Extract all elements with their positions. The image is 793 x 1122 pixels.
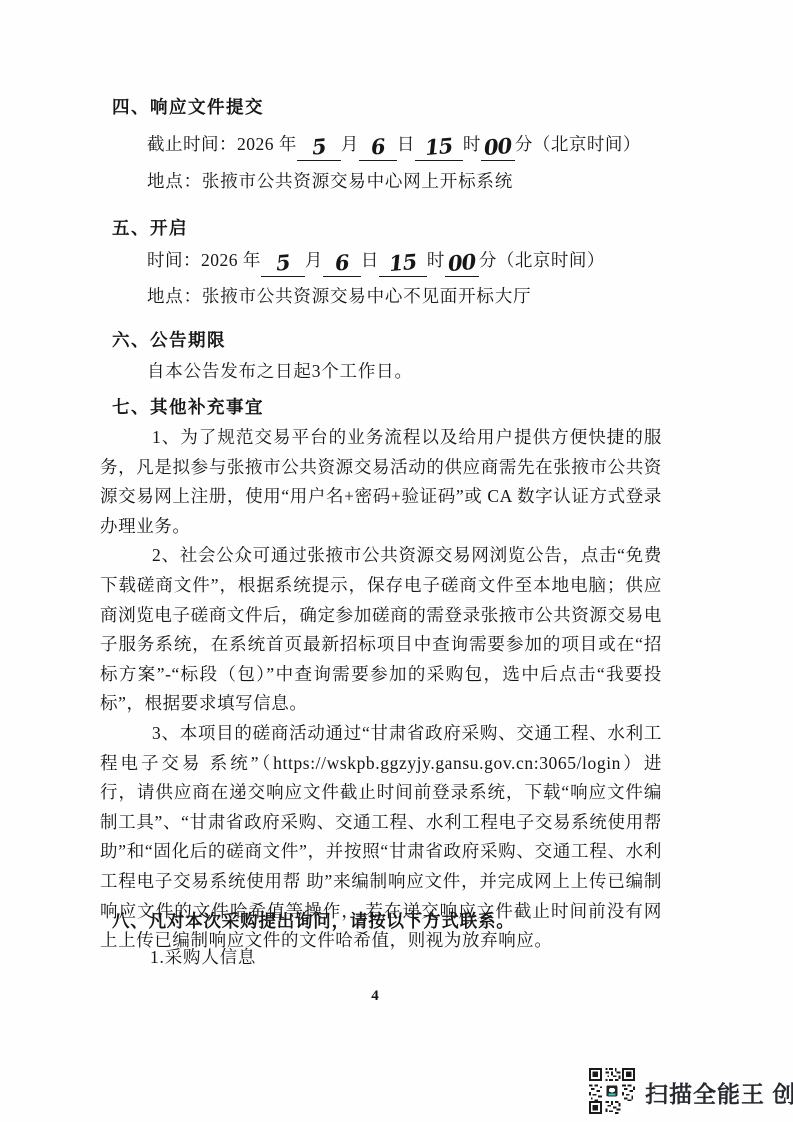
time-label: 时间： xyxy=(147,250,201,270)
section-heading-other-matters: 七、其他补充事宜 xyxy=(112,394,264,419)
submission-location-line: 地点：张掖市公共资源交易中心网上开标系统 xyxy=(147,168,513,193)
scanned-document-page: 四、响应文件提交 截止时间：2026 年5月6日15时00分（北京时间） 地点：… xyxy=(0,0,793,1122)
section-heading-opening: 五、开启 xyxy=(112,215,188,240)
day-label: 日 xyxy=(361,250,379,270)
month-label: 月 xyxy=(305,250,323,270)
deadline-hour-blank: 15 xyxy=(415,136,463,161)
hour-label: 时 xyxy=(427,250,445,270)
section-heading-contact: 八、凡对本次采购提出询问，请按以下方式联系。 xyxy=(112,908,515,933)
other-matters-paragraphs: 1、为了规范交易平台的业务流程以及给用户提供方便快捷的服务，凡是拟参与张掖市公共… xyxy=(100,423,662,956)
opening-year: 2026 年 xyxy=(201,250,261,270)
handwritten-day: 6 xyxy=(370,135,385,158)
opening-location-line: 地点：张掖市公共资源交易中心不见面开标大厅 xyxy=(147,283,531,308)
opening-day-blank: 6 xyxy=(323,252,361,277)
minute-label: 分 xyxy=(479,250,497,270)
handwritten-month: 5 xyxy=(311,135,326,158)
minute-label: 分 xyxy=(515,134,533,154)
section-heading-submission: 四、响应文件提交 xyxy=(112,94,264,119)
qr-code-icon xyxy=(589,1068,635,1114)
handwritten-hour: 15 xyxy=(388,251,417,275)
timezone-label: （北京时间） xyxy=(497,250,605,270)
deadline-month-blank: 5 xyxy=(297,136,341,161)
section-heading-notice-period: 六、公告期限 xyxy=(112,327,226,352)
handwritten-month: 5 xyxy=(275,251,290,274)
opening-time-line: 时间：2026 年5月6日15时00分（北京时间） xyxy=(147,247,605,277)
handwritten-day: 6 xyxy=(334,251,349,274)
handwritten-minute: 00 xyxy=(483,135,512,159)
month-label: 月 xyxy=(341,134,359,154)
paragraph-registration: 1、为了规范交易平台的业务流程以及给用户提供方便快捷的服务，凡是拟参与张掖市公共… xyxy=(100,423,662,541)
deadline-minute-blank: 00 xyxy=(481,136,515,161)
deadline-day-blank: 6 xyxy=(359,136,397,161)
deadline-year: 2026 年 xyxy=(237,134,297,154)
notice-period-body: 自本公告发布之日起3个工作日。 xyxy=(147,358,413,383)
hour-label: 时 xyxy=(463,134,481,154)
purchaser-info-label: 1.采购人信息 xyxy=(150,944,256,969)
submission-deadline-line: 截止时间：2026 年5月6日15时00分（北京时间） xyxy=(147,131,641,161)
opening-hour-blank: 15 xyxy=(379,252,427,277)
opening-month-blank: 5 xyxy=(261,252,305,277)
opening-minute-blank: 00 xyxy=(445,252,479,277)
handwritten-hour: 15 xyxy=(424,135,453,159)
page-number: 4 xyxy=(0,988,750,1005)
timezone-label: （北京时间） xyxy=(533,134,641,154)
scanner-watermark-label: 扫描全能王 创建 xyxy=(645,1076,793,1109)
paragraph-browse-announcement: 2、社会公众可通过张掖市公共资源交易网浏览公告，点击“免费下载磋商文件”，根据系… xyxy=(100,541,662,719)
handwritten-minute: 00 xyxy=(447,251,476,275)
day-label: 日 xyxy=(397,134,415,154)
deadline-label: 截止时间： xyxy=(147,134,237,154)
